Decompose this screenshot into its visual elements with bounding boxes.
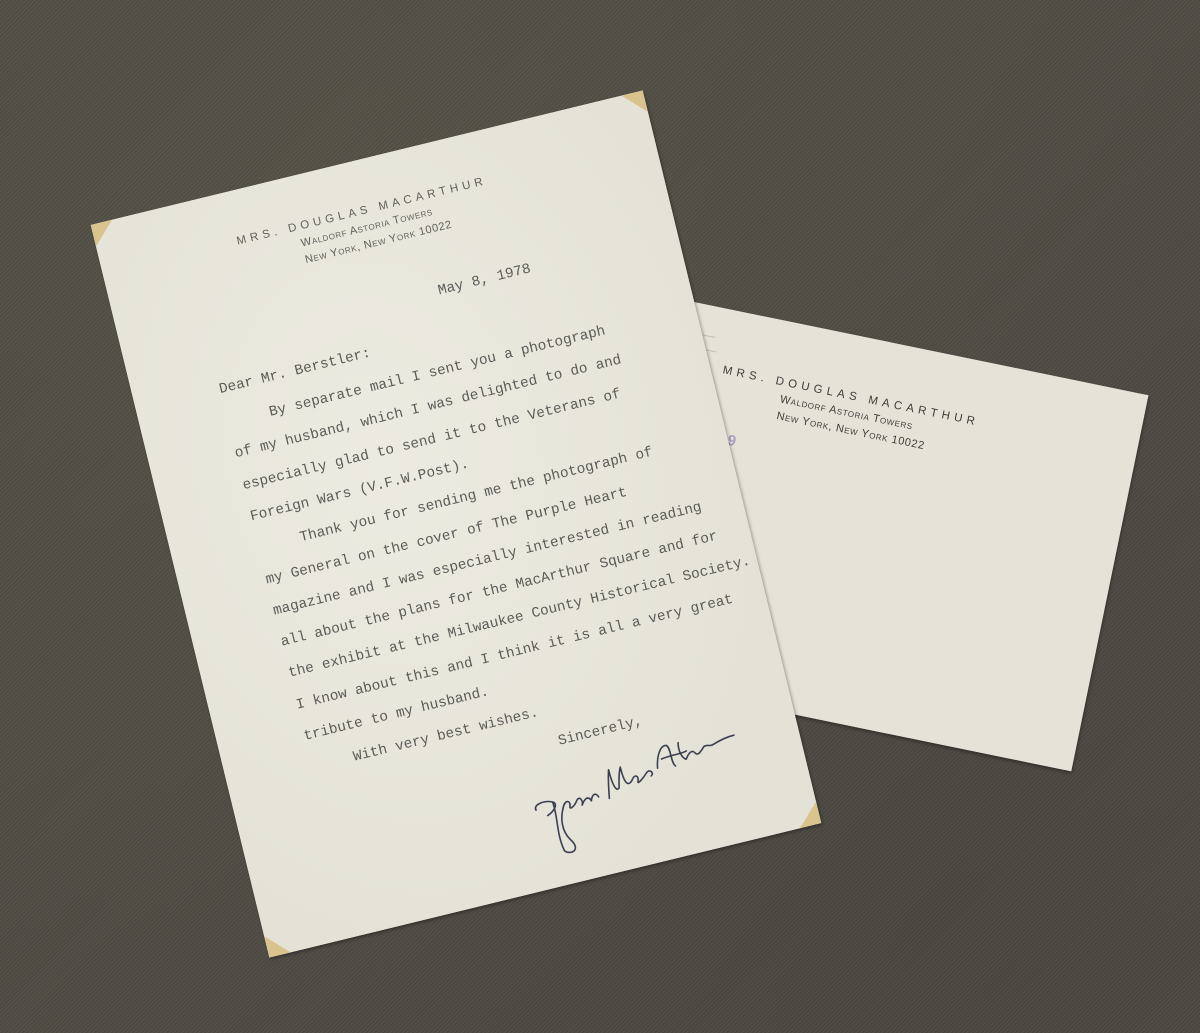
- letter-date: May 8, 1978: [437, 262, 533, 298]
- photo-corner: [621, 90, 648, 117]
- letter: MRS. DOUGLAS MACARTHUR Waldorf Astoria T…: [91, 90, 821, 957]
- photo-corner: [795, 801, 822, 828]
- photo-corner: [264, 930, 291, 957]
- photo-corner: [91, 219, 118, 246]
- postmark-line: [701, 334, 715, 338]
- letterhead: MRS. DOUGLAS MACARTHUR Waldorf Astoria T…: [235, 172, 497, 283]
- closing: Sincerely,: [557, 714, 644, 748]
- body-line: With very best wishes.: [310, 706, 540, 775]
- envelope-return-address: MRS. DOUGLAS MACARTHUR Waldorf Astoria T…: [714, 361, 981, 465]
- body-line: Foreign Wars (V.F.W.Post).: [249, 457, 470, 524]
